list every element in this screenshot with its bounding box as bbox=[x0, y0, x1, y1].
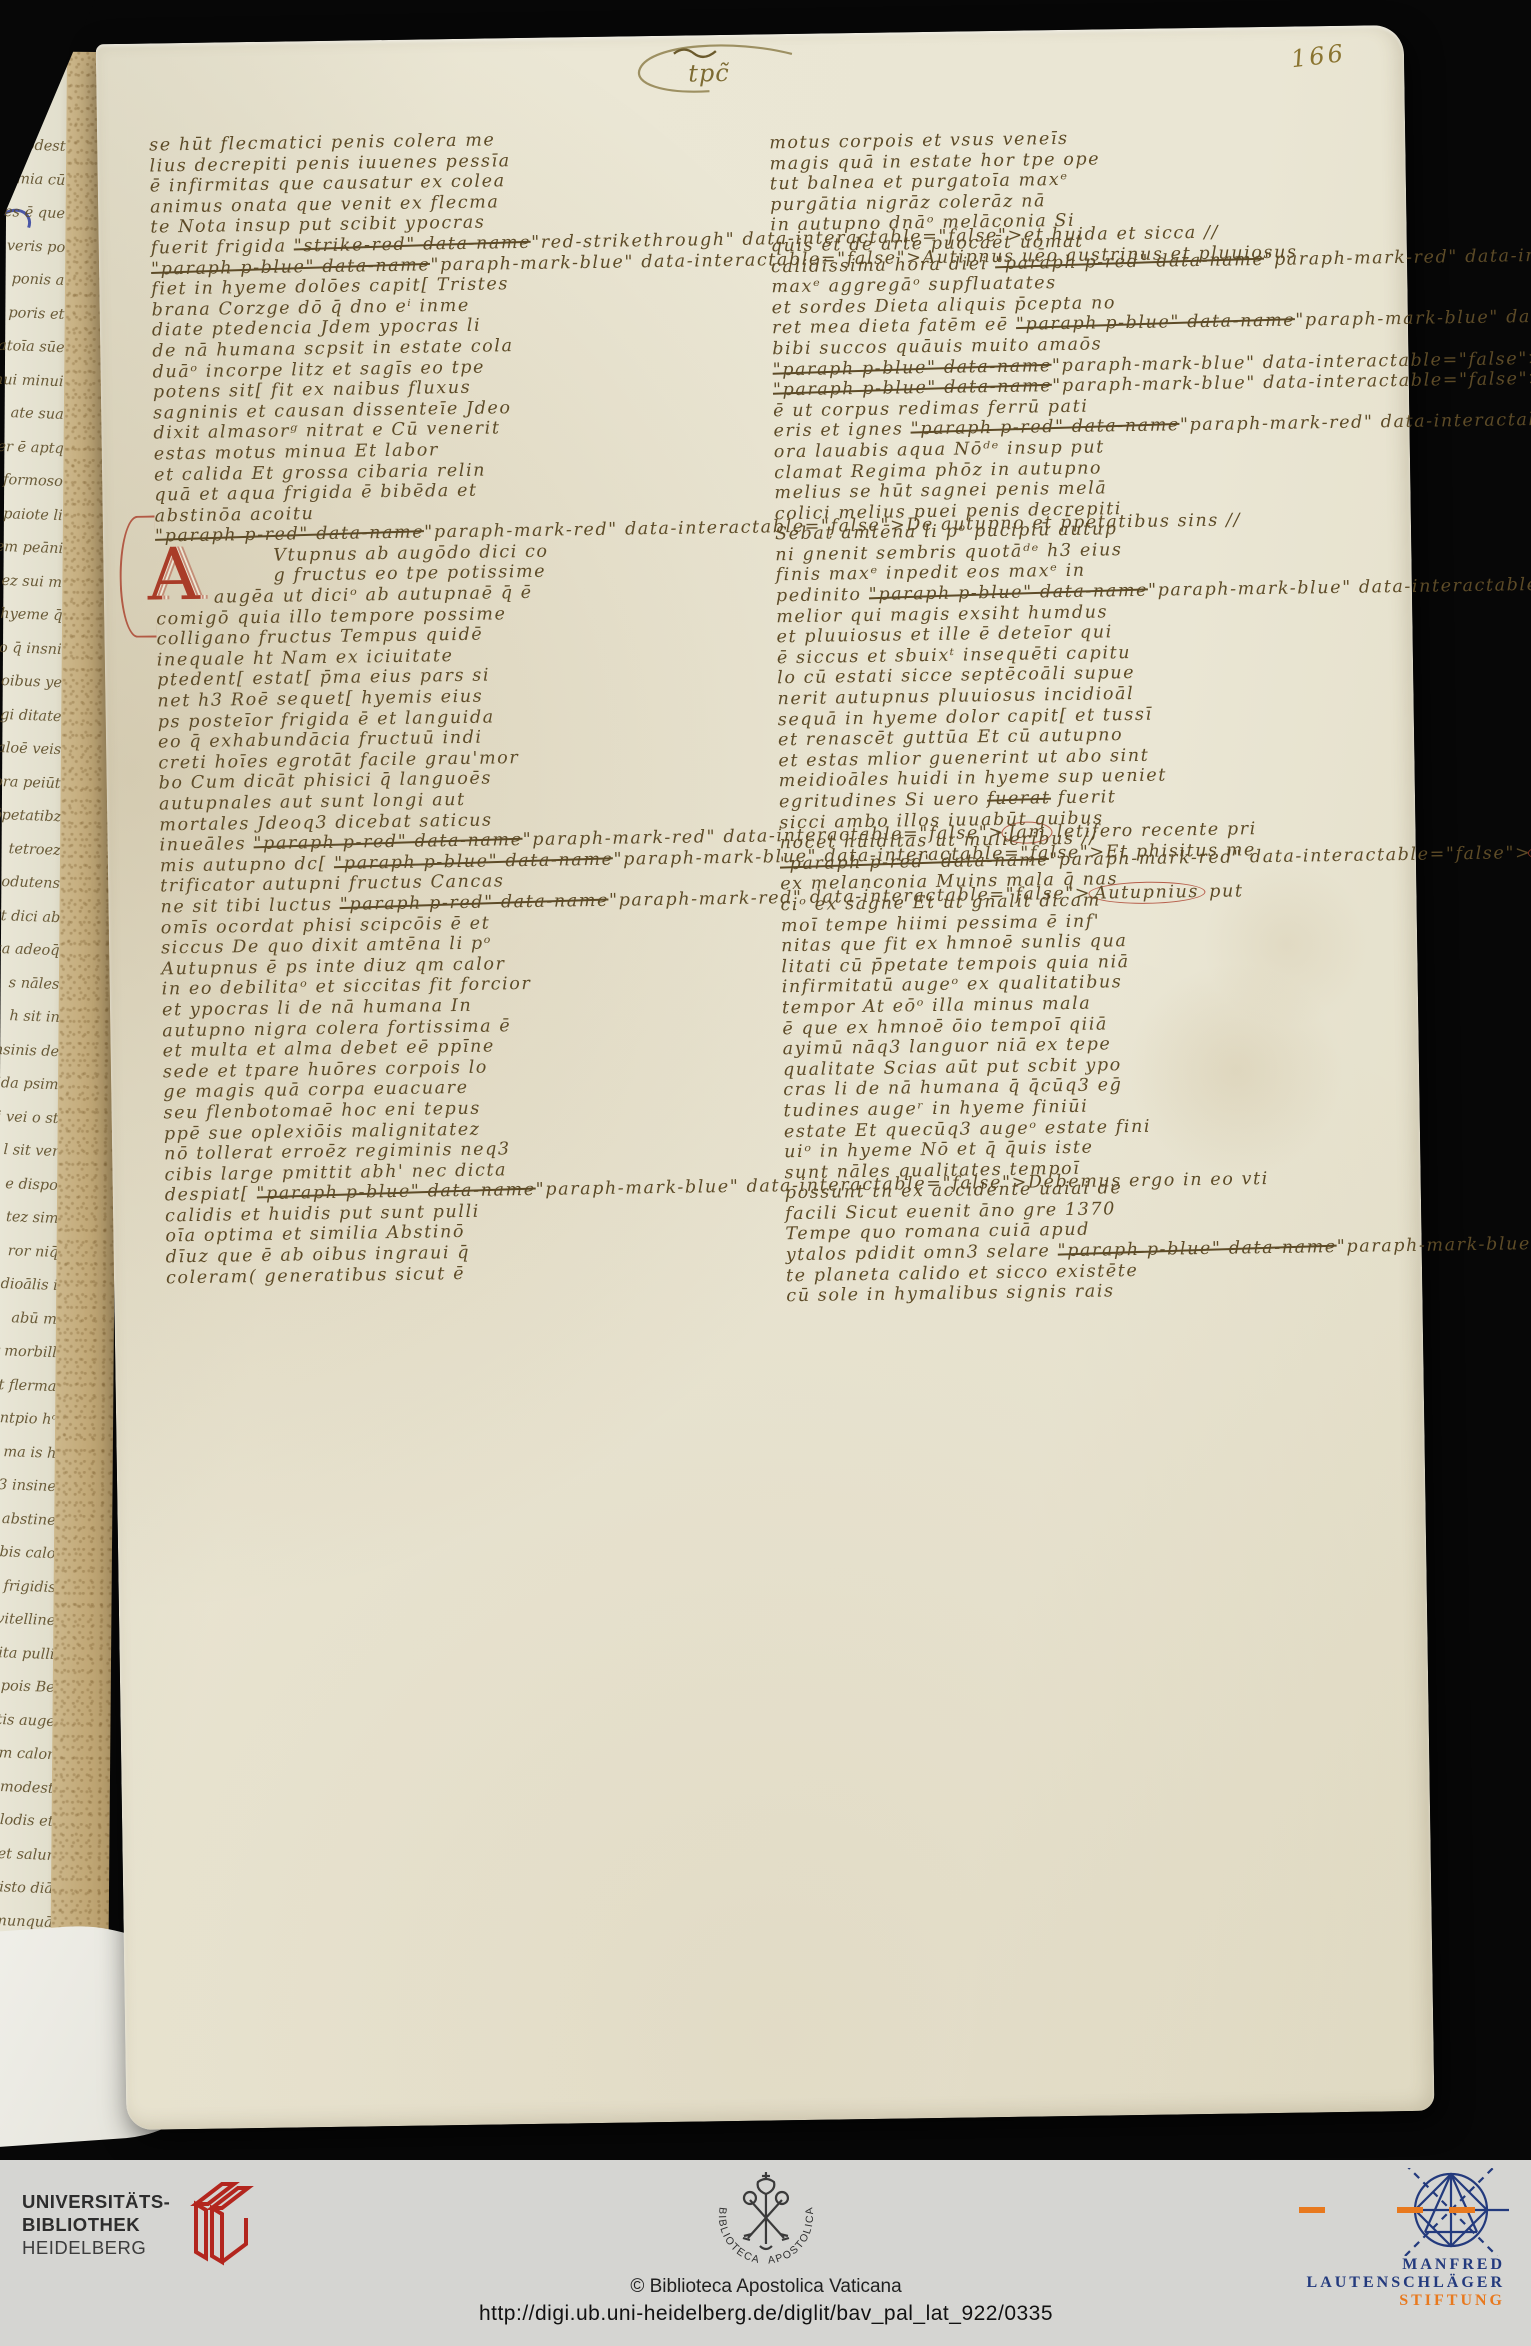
facing-page-text-fragment: atoīa sūe bbox=[0, 338, 64, 356]
facing-page-text-fragment: i vei o st bbox=[0, 1108, 59, 1126]
facing-page-text-fragment: odutens bbox=[2, 874, 61, 892]
facing-page-text-fragment: et flerma bbox=[0, 1376, 57, 1394]
facing-page-text-fragment: 3 insine bbox=[0, 1477, 56, 1495]
facing-page-text-fragment: tez sim bbox=[5, 1209, 58, 1227]
stiftung-line2: LAUTENSCHLÄGER bbox=[1299, 2274, 1505, 2292]
vatican-block: BIBLIOTECA APOSTOLICA VATICANA © Bibliot… bbox=[479, 2166, 1053, 2326]
facing-page-text-fragment: taloē veis bbox=[0, 740, 62, 758]
ink-strikethrough: "paraph p-blue" data-name bbox=[1016, 311, 1296, 335]
facing-page-text-fragment: lam calor bbox=[0, 1745, 55, 1763]
ink-strikethrough: "paraph p-blue" data-name bbox=[256, 1180, 536, 1204]
ink-strikethrough: "paraph p-red" data-name bbox=[911, 416, 1181, 440]
facing-page-text-fragment: em peāni bbox=[0, 539, 63, 557]
ub-heidelberg-logo-icon bbox=[182, 2178, 257, 2268]
stiftung-line1: MANFRED bbox=[1299, 2256, 1505, 2274]
facing-page-text-fragment: er morbill bbox=[0, 1343, 57, 1362]
background-wedge bbox=[0, 0, 95, 225]
facing-page-text-fragment: ta adeoq̄ bbox=[0, 941, 60, 959]
manuscript-leaf: tpc̃ 166 se hūt flecmatici penis colera … bbox=[96, 25, 1435, 2130]
ink-strikethrough: "paraph p-blue" data-name bbox=[1057, 1237, 1337, 1261]
ink-strikethrough: "strike-red" data-name bbox=[294, 233, 532, 257]
facing-page-text-fragment: formoso bbox=[3, 472, 63, 490]
manuscript-photo: prodestmia cūres ē queveris poponis apor… bbox=[0, 0, 1531, 2160]
ub-line2: BIBLIOTHEK bbox=[22, 2213, 170, 2236]
facing-page-text-fragment: e dispo bbox=[5, 1176, 58, 1194]
facing-page-text-fragment: ora peiūt bbox=[0, 773, 61, 791]
facing-page-text-fragment: ponis a bbox=[12, 271, 65, 289]
facing-page-text-fragment: insinis de bbox=[0, 1041, 59, 1059]
facing-page-text-fragment: abū m bbox=[11, 1310, 57, 1328]
facing-page-text-fragment: dioālis i bbox=[0, 1276, 58, 1294]
facing-page-text-fragment: ate sua bbox=[10, 405, 64, 423]
page-url: http://digi.ub.uni-heidelberg.de/diglit/… bbox=[479, 2302, 1053, 2326]
facing-page-text-fragment: igi ditate bbox=[0, 706, 62, 724]
vatican-seal-icon: BIBLIOTECA APOSTOLICA VATICANA bbox=[706, 2166, 826, 2274]
facing-page-text-fragment: modest bbox=[0, 1779, 54, 1797]
ub-line3: HEIDELBERG bbox=[22, 2236, 170, 2259]
ink-strikethrough: "paraph p-red" data-name bbox=[995, 250, 1265, 274]
facing-page-text-fragment: er ē aptq bbox=[0, 438, 64, 456]
facing-page-text-fragment: hyeme q̄ bbox=[0, 606, 63, 624]
facing-page-text-fragment: veris po bbox=[6, 237, 65, 255]
text-column-right: motus corpois et vsus veneīsmagis quā in… bbox=[769, 126, 1266, 1307]
ink-strikethrough: "paraph p-red" data-name bbox=[780, 850, 1050, 874]
facing-page-text-fragment: sintpio hᵒ bbox=[0, 1410, 57, 1428]
ink-strikethrough: "paraph p-blue" data-name bbox=[334, 849, 614, 873]
facing-page-text-fragment: ma is h bbox=[3, 1444, 57, 1462]
facing-page-text-fragment: tetroez bbox=[8, 841, 61, 859]
ink-strikethrough: "paraph p-red" data-name bbox=[340, 891, 610, 915]
facing-page-text-fragment: ez sui m bbox=[2, 572, 63, 590]
footer-band: UNIVERSITÄTS- BIBLIOTHEK HEIDELBERG BIBL… bbox=[0, 2160, 1531, 2346]
decorated-initial-A: A bbox=[147, 542, 258, 610]
ub-line1: UNIVERSITÄTS- bbox=[22, 2190, 170, 2213]
facing-page-text-fragment: l sit ver bbox=[3, 1142, 59, 1160]
ink-strikethrough: "paraph p-red" data-name bbox=[253, 830, 523, 854]
folio-number: 166 bbox=[1290, 39, 1348, 73]
facing-page-text-fragment: t p̄petatibz bbox=[0, 807, 61, 826]
running-title: tpc̃ bbox=[614, 36, 805, 99]
facing-page-text-fragment: e aisto diā bbox=[0, 1879, 54, 1898]
facing-page-text-fragment: lodis et bbox=[0, 1812, 54, 1830]
ink-strikethrough: "paraph p-blue" data-name bbox=[151, 255, 431, 279]
facing-page-text-fragment: poris et bbox=[8, 305, 65, 323]
facing-page-text-fragment: Et dici ab bbox=[0, 907, 60, 925]
facing-page-text-fragment: s frigidis bbox=[0, 1577, 56, 1595]
running-title-text: tpc̃ bbox=[688, 59, 730, 88]
facing-page-text-fragment: ror niq̄ bbox=[7, 1243, 58, 1261]
stiftung-block: MANFRED LAUTENSCHLÄGER STIFTUNG bbox=[1299, 2168, 1505, 2310]
facing-page-text-fragment: cibis calo bbox=[0, 1544, 56, 1562]
facing-page-text-fragment: nui minui bbox=[0, 371, 64, 389]
facing-page-text-fragment: alida psim bbox=[0, 1075, 59, 1094]
facing-page-text-fragment: et salur bbox=[0, 1846, 54, 1864]
text-column-left: se hūt flecmatici penis colera melius de… bbox=[149, 129, 636, 1289]
facing-page-text-fragment: vitelline bbox=[0, 1611, 55, 1629]
stiftung-line3: STIFTUNG bbox=[1299, 2292, 1505, 2310]
facing-page-text-fragment: abstine bbox=[2, 1511, 56, 1529]
facing-page-text-fragment: o q̄ insni bbox=[0, 639, 62, 657]
ink-strikethrough: "paraph p-blue" data-name bbox=[869, 581, 1149, 605]
facing-page-text-fragment: s nāles bbox=[9, 975, 60, 993]
facing-page-text-fragment: e paiote li bbox=[0, 505, 63, 524]
vatican-copyright: © Biblioteca Apostolica Vaticana bbox=[479, 2276, 1053, 2298]
facing-page-text-fragment: tis auge bbox=[0, 1711, 55, 1729]
facing-page-text-fragment: pois Be bbox=[1, 1678, 55, 1696]
facing-page-text-fragment: bita pulli bbox=[0, 1644, 55, 1662]
ub-heidelberg-block: UNIVERSITÄTS- BIBLIOTHEK HEIDELBERG bbox=[22, 2190, 170, 2259]
facing-page-text-fragment: noibus ye bbox=[0, 673, 62, 691]
stiftung-logo-icon bbox=[1299, 2168, 1511, 2256]
facing-page-text-fragment: h sit in bbox=[9, 1008, 60, 1026]
ink-strikethrough: fuerat bbox=[987, 788, 1051, 809]
